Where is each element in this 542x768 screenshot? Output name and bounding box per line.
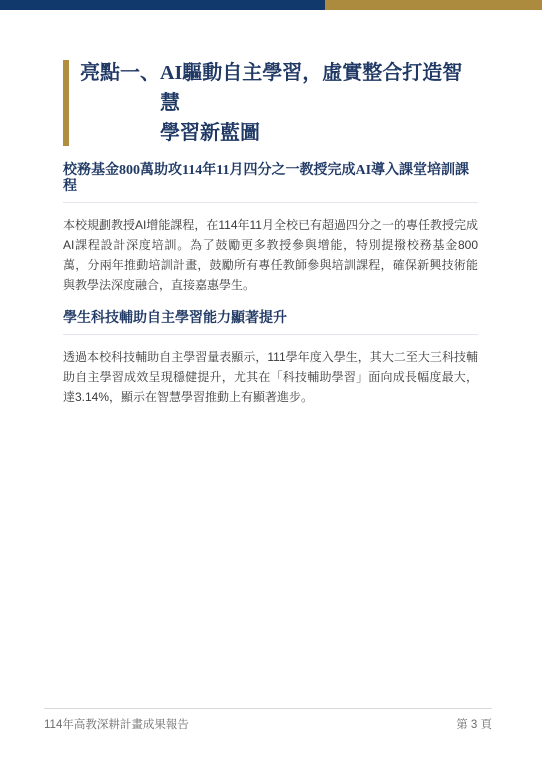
page-content: 亮點一、AI驅動自主學習，虛實整合打造智慧 學習新藍圖 校務基金800萬助攻11…	[63, 58, 478, 407]
section-funding-training: 校務基金800萬助攻114年11月四分之一教授完成AI導入課堂培訓課程 本校規劃…	[63, 163, 478, 295]
section-title-funding-training: 校務基金800萬助攻114年11月四分之一教授完成AI導入課堂培訓課程	[63, 163, 478, 203]
section-body-student-improvement: 透過本校科技輔助自主學習量表顯示，111學年度入學生，其大二至大三科技輔助自主學…	[63, 347, 478, 407]
section-title-student-improvement: 學生科技輔助自主學習能力顯著提升	[63, 311, 478, 335]
section-student-improvement: 學生科技輔助自主學習能力顯著提升 透過本校科技輔助自主學習量表顯示，111學年度…	[63, 311, 478, 407]
top-border-blue-segment	[0, 0, 325, 10]
footer-page-number: 第 3 頁	[456, 716, 492, 732]
page-top-border	[0, 0, 542, 10]
footer-report-title: 114年高教深耕計畫成果報告	[44, 716, 189, 732]
heading-accent-bar	[63, 60, 69, 146]
page-footer: 114年高教深耕計畫成果報告 第 3 頁	[44, 708, 492, 732]
top-border-gold-segment	[325, 0, 542, 10]
page-title: 亮點一、AI驅動自主學習，虛實整合打造智慧 學習新藍圖	[80, 58, 478, 148]
section-body-funding-training: 本校規劃教授AI增能課程，在114年11月全校已有超過四分之一的專任教授完成AI…	[63, 215, 478, 295]
highlight-heading-block: 亮點一、AI驅動自主學習，虛實整合打造智慧 學習新藍圖	[63, 58, 478, 148]
report-page: 亮點一、AI驅動自主學習，虛實整合打造智慧 學習新藍圖 校務基金800萬助攻11…	[0, 0, 542, 768]
